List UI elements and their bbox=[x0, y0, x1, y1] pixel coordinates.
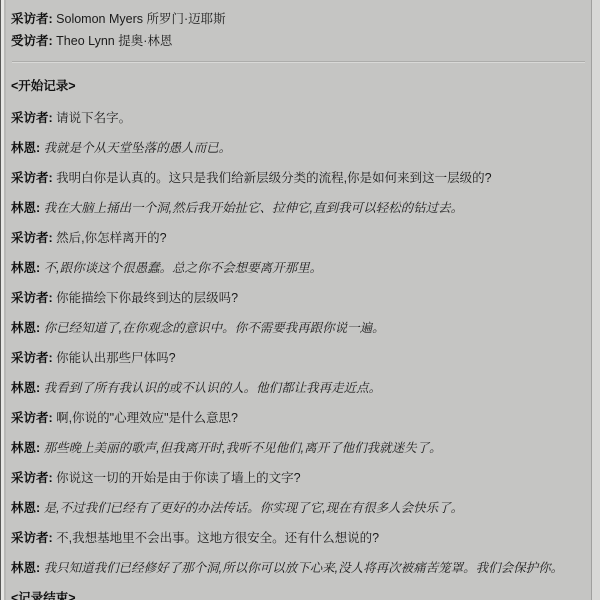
record-end-marker: <记录结束> bbox=[11, 588, 586, 600]
speaker-label: 采访者: bbox=[11, 171, 53, 185]
dialogue-row: 采访者: 我明白你是认真的。这只是我们给新层级分类的流程,你是如何来到这一层级的… bbox=[11, 168, 586, 188]
speaker-label: 采访者: bbox=[11, 291, 53, 305]
speech-text: 是,不过我们已经有了更好的办法传话。你实现了它,现在有很多人会快乐了。 bbox=[44, 501, 463, 515]
speech-text: 那些晚上美丽的歌声,但我离开时,我听不见他们,离开了他们我就迷失了。 bbox=[44, 441, 442, 455]
dialogue-row: 采访者: 你能认出那些尸体吗? bbox=[11, 348, 586, 368]
dialogue-row: 采访者: 然后,你怎样离开的? bbox=[11, 228, 586, 248]
dialogue-row: 林恩: 那些晚上美丽的歌声,但我离开时,我听不见他们,离开了他们我就迷失了。 bbox=[11, 438, 586, 458]
speech-text: 我看到了所有我认识的或不认识的人。他们都让我再走近点。 bbox=[44, 381, 382, 395]
dialogue-row: 采访者: 请说下名字。 bbox=[11, 108, 586, 128]
speaker-label: 林恩: bbox=[11, 321, 40, 335]
speech-text: 你已经知道了,在你观念的意识中。你不需要我再跟你说一遍。 bbox=[44, 321, 385, 335]
dialogue-row: 林恩: 你已经知道了,在你观念的意识中。你不需要我再跟你说一遍。 bbox=[11, 318, 586, 338]
speech-text: 我只知道我们已经修好了那个洞,所以你可以放下心来,没人将再次被痛苦笼罩。我们会保… bbox=[44, 561, 563, 575]
speech-text: 我在大脑上捅出一个洞,然后我开始扯它、拉伸它,直到我可以轻松的钻过去。 bbox=[44, 201, 463, 215]
dialogue-row: 林恩: 是,不过我们已经有了更好的办法传话。你实现了它,现在有很多人会快乐了。 bbox=[11, 498, 586, 518]
dialogue-row: 林恩: 不,跟你谈这个很愚蠢。总之你不会想要离开那里。 bbox=[11, 258, 586, 278]
interviewee-label: 受访者: bbox=[11, 34, 53, 48]
speaker-label: 采访者: bbox=[11, 111, 53, 125]
dialogue-row: 采访者: 你说这一切的开始是由于你读了墙上的文字? bbox=[11, 468, 586, 488]
dialogue-row: 采访者: 啊,你说的"心理效应"是什么意思? bbox=[11, 408, 586, 428]
transcript-header: 采访者: Solomon Myers 所罗门·迈耶斯 受访者: Theo Lyn… bbox=[11, 8, 586, 52]
speaker-label: 采访者: bbox=[11, 351, 53, 365]
dialogue-row: 采访者: 你能描绘下你最终到达的层级吗? bbox=[11, 288, 586, 308]
dialogue-row: 采访者: 不,我想基地里不会出事。这地方很安全。还有什么想说的? bbox=[11, 528, 586, 548]
speaker-label: 林恩: bbox=[11, 141, 40, 155]
dialogue-row: 林恩: 我在大脑上捅出一个洞,然后我开始扯它、拉伸它,直到我可以轻松的钻过去。 bbox=[11, 198, 586, 218]
speech-text: 你能描绘下你最终到达的层级吗? bbox=[56, 291, 238, 305]
interviewer-name: Solomon Myers 所罗门·迈耶斯 bbox=[56, 12, 225, 26]
interviewer-label: 采访者: bbox=[11, 12, 53, 26]
speaker-label: 采访者: bbox=[11, 231, 53, 245]
interviewee-name: Theo Lynn 提奥·林恩 bbox=[56, 34, 172, 48]
speech-text: 啊,你说的"心理效应"是什么意思? bbox=[56, 411, 238, 425]
record-start-marker: <开始记录> bbox=[11, 76, 586, 96]
speech-text: 然后,你怎样离开的? bbox=[56, 231, 166, 245]
dialogue-list: 采访者: 请说下名字。 林恩: 我就是个从天堂坠落的愚人而已。 采访者: 我明白… bbox=[11, 108, 586, 578]
speaker-label: 林恩: bbox=[11, 501, 40, 515]
speech-text: 我明白你是认真的。这只是我们给新层级分类的流程,你是如何来到这一层级的? bbox=[56, 171, 491, 185]
header-divider bbox=[12, 61, 585, 63]
transcript-page: 采访者: Solomon Myers 所罗门·迈耶斯 受访者: Theo Lyn… bbox=[0, 0, 600, 600]
dialogue-row: 林恩: 我只知道我们已经修好了那个洞,所以你可以放下心来,没人将再次被痛苦笼罩。… bbox=[11, 558, 586, 578]
interviewee-line: 受访者: Theo Lynn 提奥·林恩 bbox=[11, 30, 586, 52]
speech-text: 你能认出那些尸体吗? bbox=[56, 351, 175, 365]
speaker-label: 采访者: bbox=[11, 471, 53, 485]
speech-text: 请说下名字。 bbox=[56, 111, 131, 125]
dialogue-row: 林恩: 我看到了所有我认识的或不认识的人。他们都让我再走近点。 bbox=[11, 378, 586, 398]
speaker-label: 林恩: bbox=[11, 261, 40, 275]
dialogue-row: 林恩: 我就是个从天堂坠落的愚人而已。 bbox=[11, 138, 586, 158]
speech-text: 我就是个从天堂坠落的愚人而已。 bbox=[44, 141, 232, 155]
speaker-label: 林恩: bbox=[11, 441, 40, 455]
interviewer-line: 采访者: Solomon Myers 所罗门·迈耶斯 bbox=[11, 8, 586, 30]
speech-text: 不,跟你谈这个很愚蠢。总之你不会想要离开那里。 bbox=[44, 261, 322, 275]
speaker-label: 林恩: bbox=[11, 381, 40, 395]
speaker-label: 林恩: bbox=[11, 201, 40, 215]
speaker-label: 林恩: bbox=[11, 561, 40, 575]
speech-text: 你说这一切的开始是由于你读了墙上的文字? bbox=[56, 471, 300, 485]
speech-text: 不,我想基地里不会出事。这地方很安全。还有什么想说的? bbox=[56, 531, 379, 545]
speaker-label: 采访者: bbox=[11, 531, 53, 545]
speaker-label: 采访者: bbox=[11, 411, 53, 425]
